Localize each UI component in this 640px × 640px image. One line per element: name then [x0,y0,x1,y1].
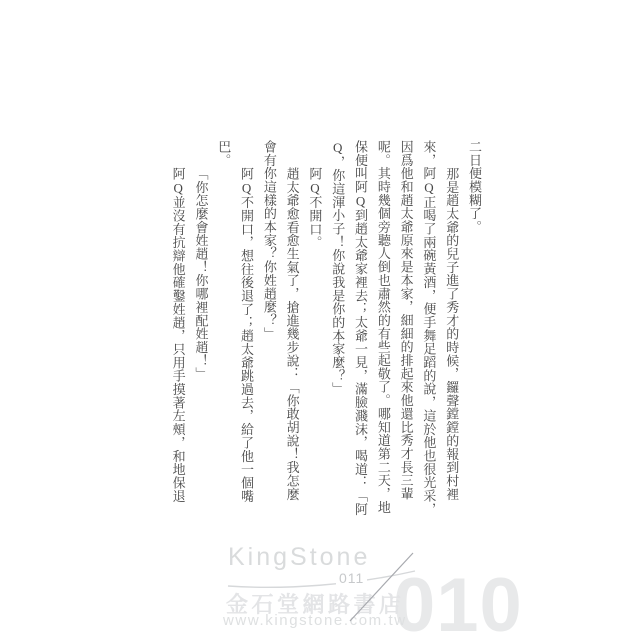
text-column: 那是趙太爺的兒子進了秀才的時候，鑼聲鏜鏜的報到村裡 [435,140,458,532]
text-column: 「你怎麼會姓趙！你哪裡配姓趙！」 [185,140,208,532]
website-url-text: www.kingstone.com.tw [223,612,407,629]
text-column: 來，阿Q正喝了兩碗黃酒，便手舞足蹈的說，這於他也很光采， [413,140,436,532]
store-name-text: 金石堂網路書店 [226,588,405,619]
text-column: 趙太爺愈看愈生氣了，搶進幾步說：「你敢胡說！我怎麼 [276,140,299,532]
vertical-text-block: 二日便模糊了。那是趙太爺的兒子進了秀才的時候，鑼聲鏜鏜的報到村裡來，阿Q正喝了兩… [162,140,481,532]
text-column: 呢。其時幾個旁聽人倒也肅然的有些起敬了。哪知道第二天，地 [367,140,390,532]
text-column: 阿Q並沒有抗辯他確鑿姓趙，只用手摸著左頰，和地保退 [162,140,185,532]
text-column: 阿Q不開口。 [299,140,322,532]
text-column: 阿Q不開口，想往後退了；趙太爺跳過去，給了他一個嘴 [230,140,253,532]
diagonal-line [347,550,417,624]
text-column: 二日便模糊了。 [458,140,481,532]
logo-swoosh-arc [224,566,420,592]
small-page-number: 011 [336,570,367,586]
text-column: 巴。 [207,140,230,532]
text-column: 會有你這樣的本家？你姓趙麼？」 [253,140,276,532]
kingstone-logo-text: KingStone [228,543,370,572]
text-column: 因爲他和趙太爺原來是本家，細細的排起來他還比秀才長三輩 [390,140,413,532]
text-column: 保便叫阿Q到趙太爺家裡去；太爺一見，滿臉濺沫，喝道：「阿 [344,140,367,532]
text-column: Q，你這渾小子！你說我是你的本家麼？」 [321,140,344,532]
large-page-number: 010 [393,568,523,640]
book-page-scan: 二日便模糊了。那是趙太爺的兒子進了秀才的時候，鑼聲鏜鏜的報到村裡來，阿Q正喝了兩… [0,0,640,640]
